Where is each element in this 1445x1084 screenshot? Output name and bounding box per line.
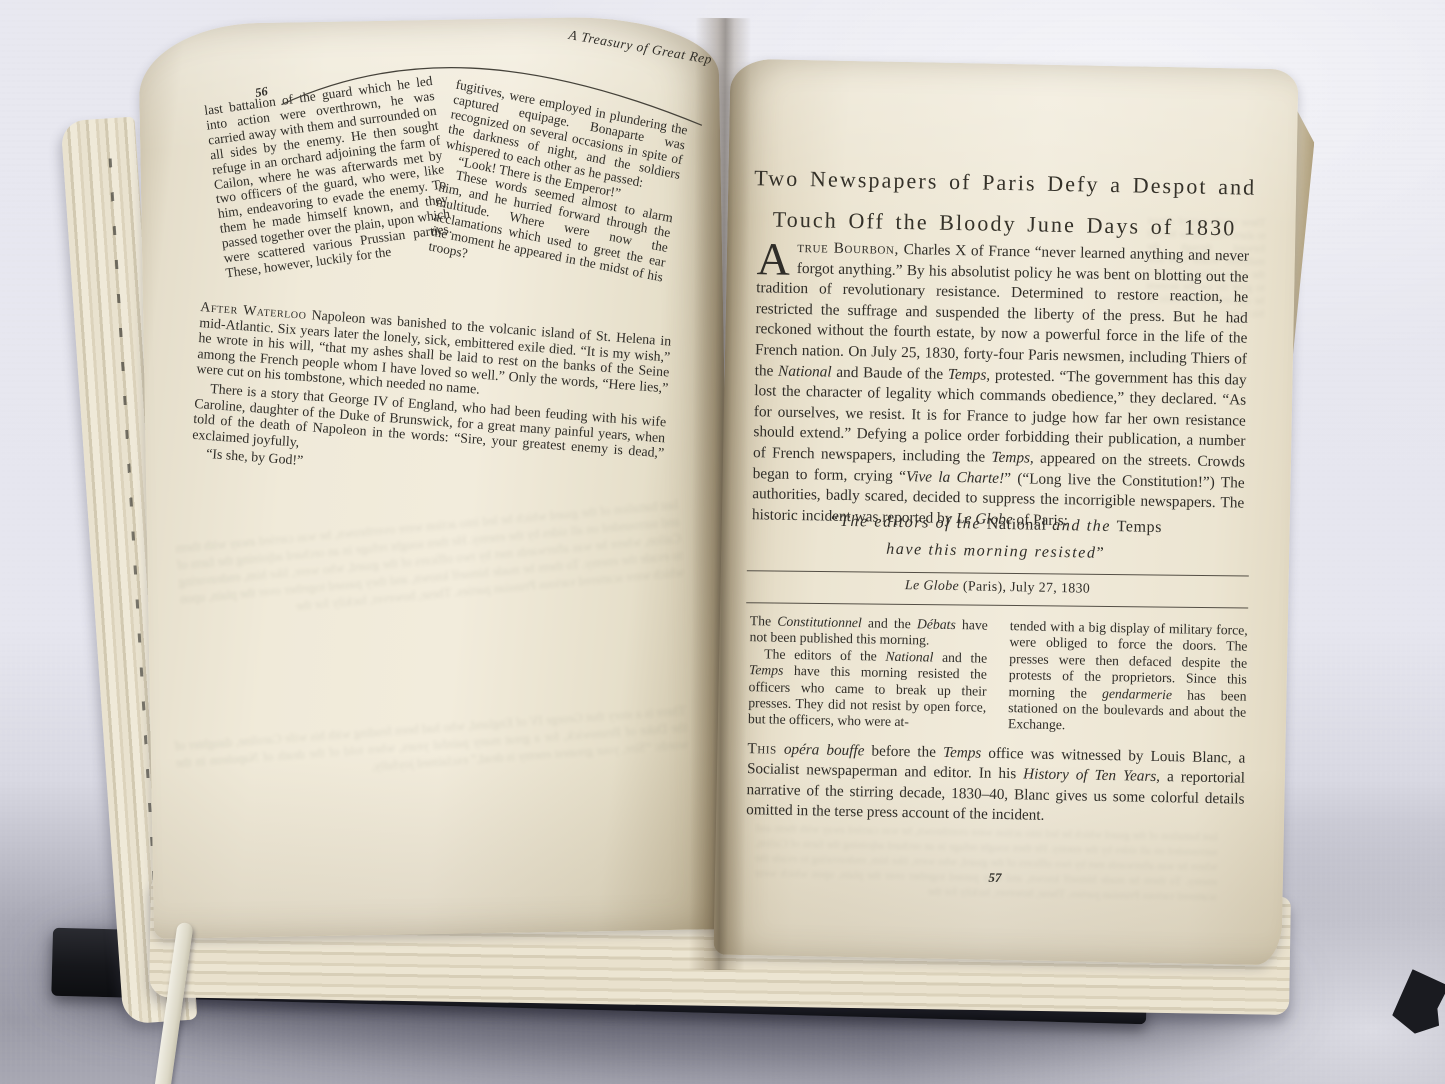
pull-quote: “The editors of the National and the Tem… (741, 506, 1250, 570)
excerpt-paragraph: tended with a big display of military fo… (1008, 618, 1248, 737)
right-page-number: 57 (715, 864, 1275, 891)
intro-text: true Bourbon, Charles X of France “never… (752, 239, 1249, 529)
excerpt-column-right: tended with a big display of military fo… (1008, 618, 1248, 737)
intro-paragraph: Atrue Bourbon, Charles X of France “neve… (752, 237, 1249, 535)
chapter-title: Two Newspapers of Paris Defy a Despot an… (749, 157, 1260, 249)
left-page: 56 A Treasury of Great Rep last battalio… (138, 15, 734, 939)
attribution-rule-bottom (746, 602, 1248, 608)
drop-cap: A (756, 237, 797, 278)
excerpt-column-left: The Constitutionnel and the Débats have … (748, 613, 988, 732)
source-attribution: Le Globe (Paris), July 27, 1830 (746, 574, 1248, 600)
excerpt-columns: The Constitutionnel and the Débats have … (748, 613, 1248, 737)
photo-of-open-book: 56 A Treasury of Great Rep last battalio… (0, 0, 1445, 1084)
excerpt-paragraph: The Constitutionnel and the Débats have … (749, 613, 988, 650)
running-header-rule (138, 15, 734, 939)
right-page: Two Newspapers of Paris Defy a Despot an… (713, 59, 1298, 966)
excerpt-paragraph: The editors of the National and the Temp… (748, 646, 988, 733)
closing-paragraph: This opéra bouffe before the Temps offic… (746, 739, 1245, 830)
